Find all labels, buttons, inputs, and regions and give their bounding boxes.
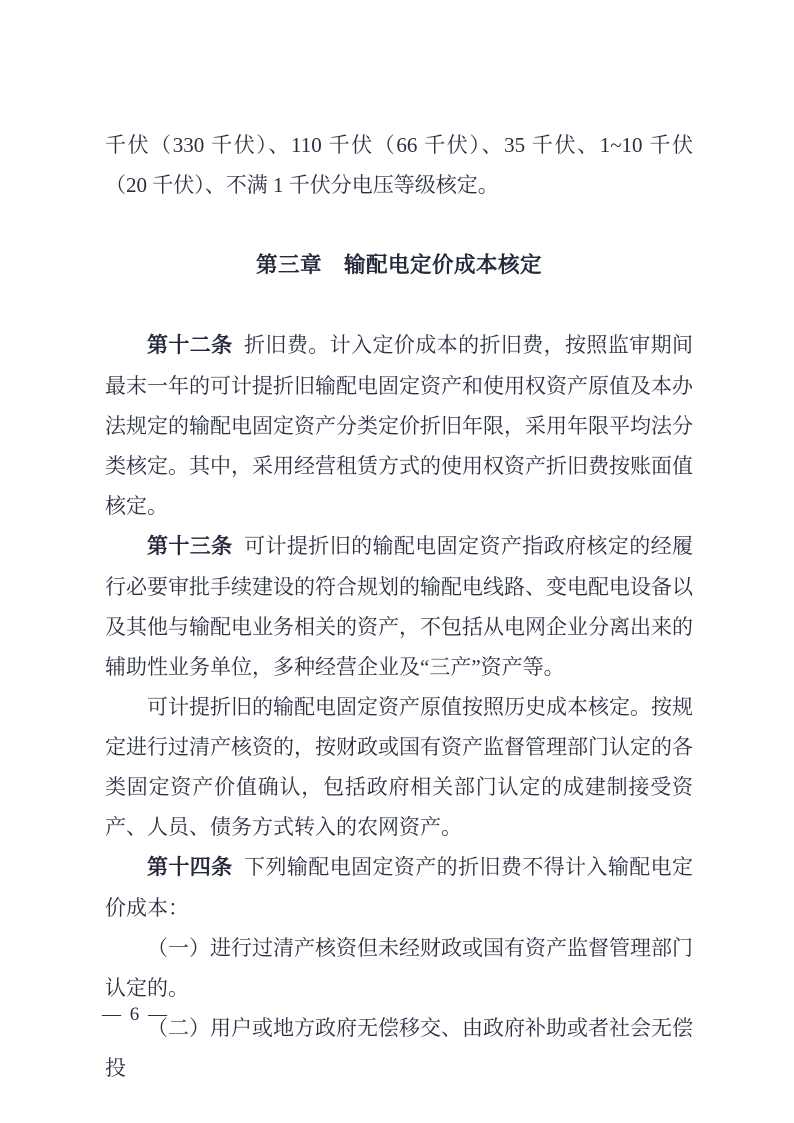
article-14-paragraph: 第十四条下列输配电固定资产的折旧费不得计入输配电定价成本： [105, 847, 693, 928]
page-number: — 6 — [102, 995, 169, 1035]
document-page: 千伏（330 千伏）、110 千伏（66 千伏）、35 千伏、1~10 千伏（2… [0, 0, 794, 1123]
list-item-2: （二）用户或地方政府无偿移交、由政府补助或者社会无偿投 [105, 1008, 693, 1088]
intro-continuation-paragraph: 千伏（330 千伏）、110 千伏（66 千伏）、35 千伏、1~10 千伏（2… [105, 125, 693, 205]
article-12-text: 折旧费。计入定价成本的折旧费，按照监审期间最末一年的可计提折旧输配电固定资产和使… [105, 333, 693, 518]
article-12-lead: 第十二条 [147, 334, 233, 357]
original-value-paragraph: 可计提折旧的输配电固定资产原值按照历史成本核定。按规定进行过清产核资的，按财政或… [105, 687, 693, 847]
article-13-paragraph: 第十三条可计提折旧的输配电固定资产指政府核定的经履行必要审批手续建设的符合规划的… [105, 526, 693, 687]
article-12-paragraph: 第十二条折旧费。计入定价成本的折旧费，按照监审期间最末一年的可计提折旧输配电固定… [105, 325, 693, 526]
list-item-1: （一）进行过清产核资但未经财政或国有资产监督管理部门认定的。 [105, 928, 693, 1008]
article-13-lead: 第十三条 [147, 535, 233, 558]
article-14-lead: 第十四条 [147, 856, 233, 879]
document-content: 千伏（330 千伏）、110 千伏（66 千伏）、35 千伏、1~10 千伏（2… [105, 125, 693, 1088]
chapter-heading: 第三章 输配电定价成本核定 [105, 245, 693, 285]
